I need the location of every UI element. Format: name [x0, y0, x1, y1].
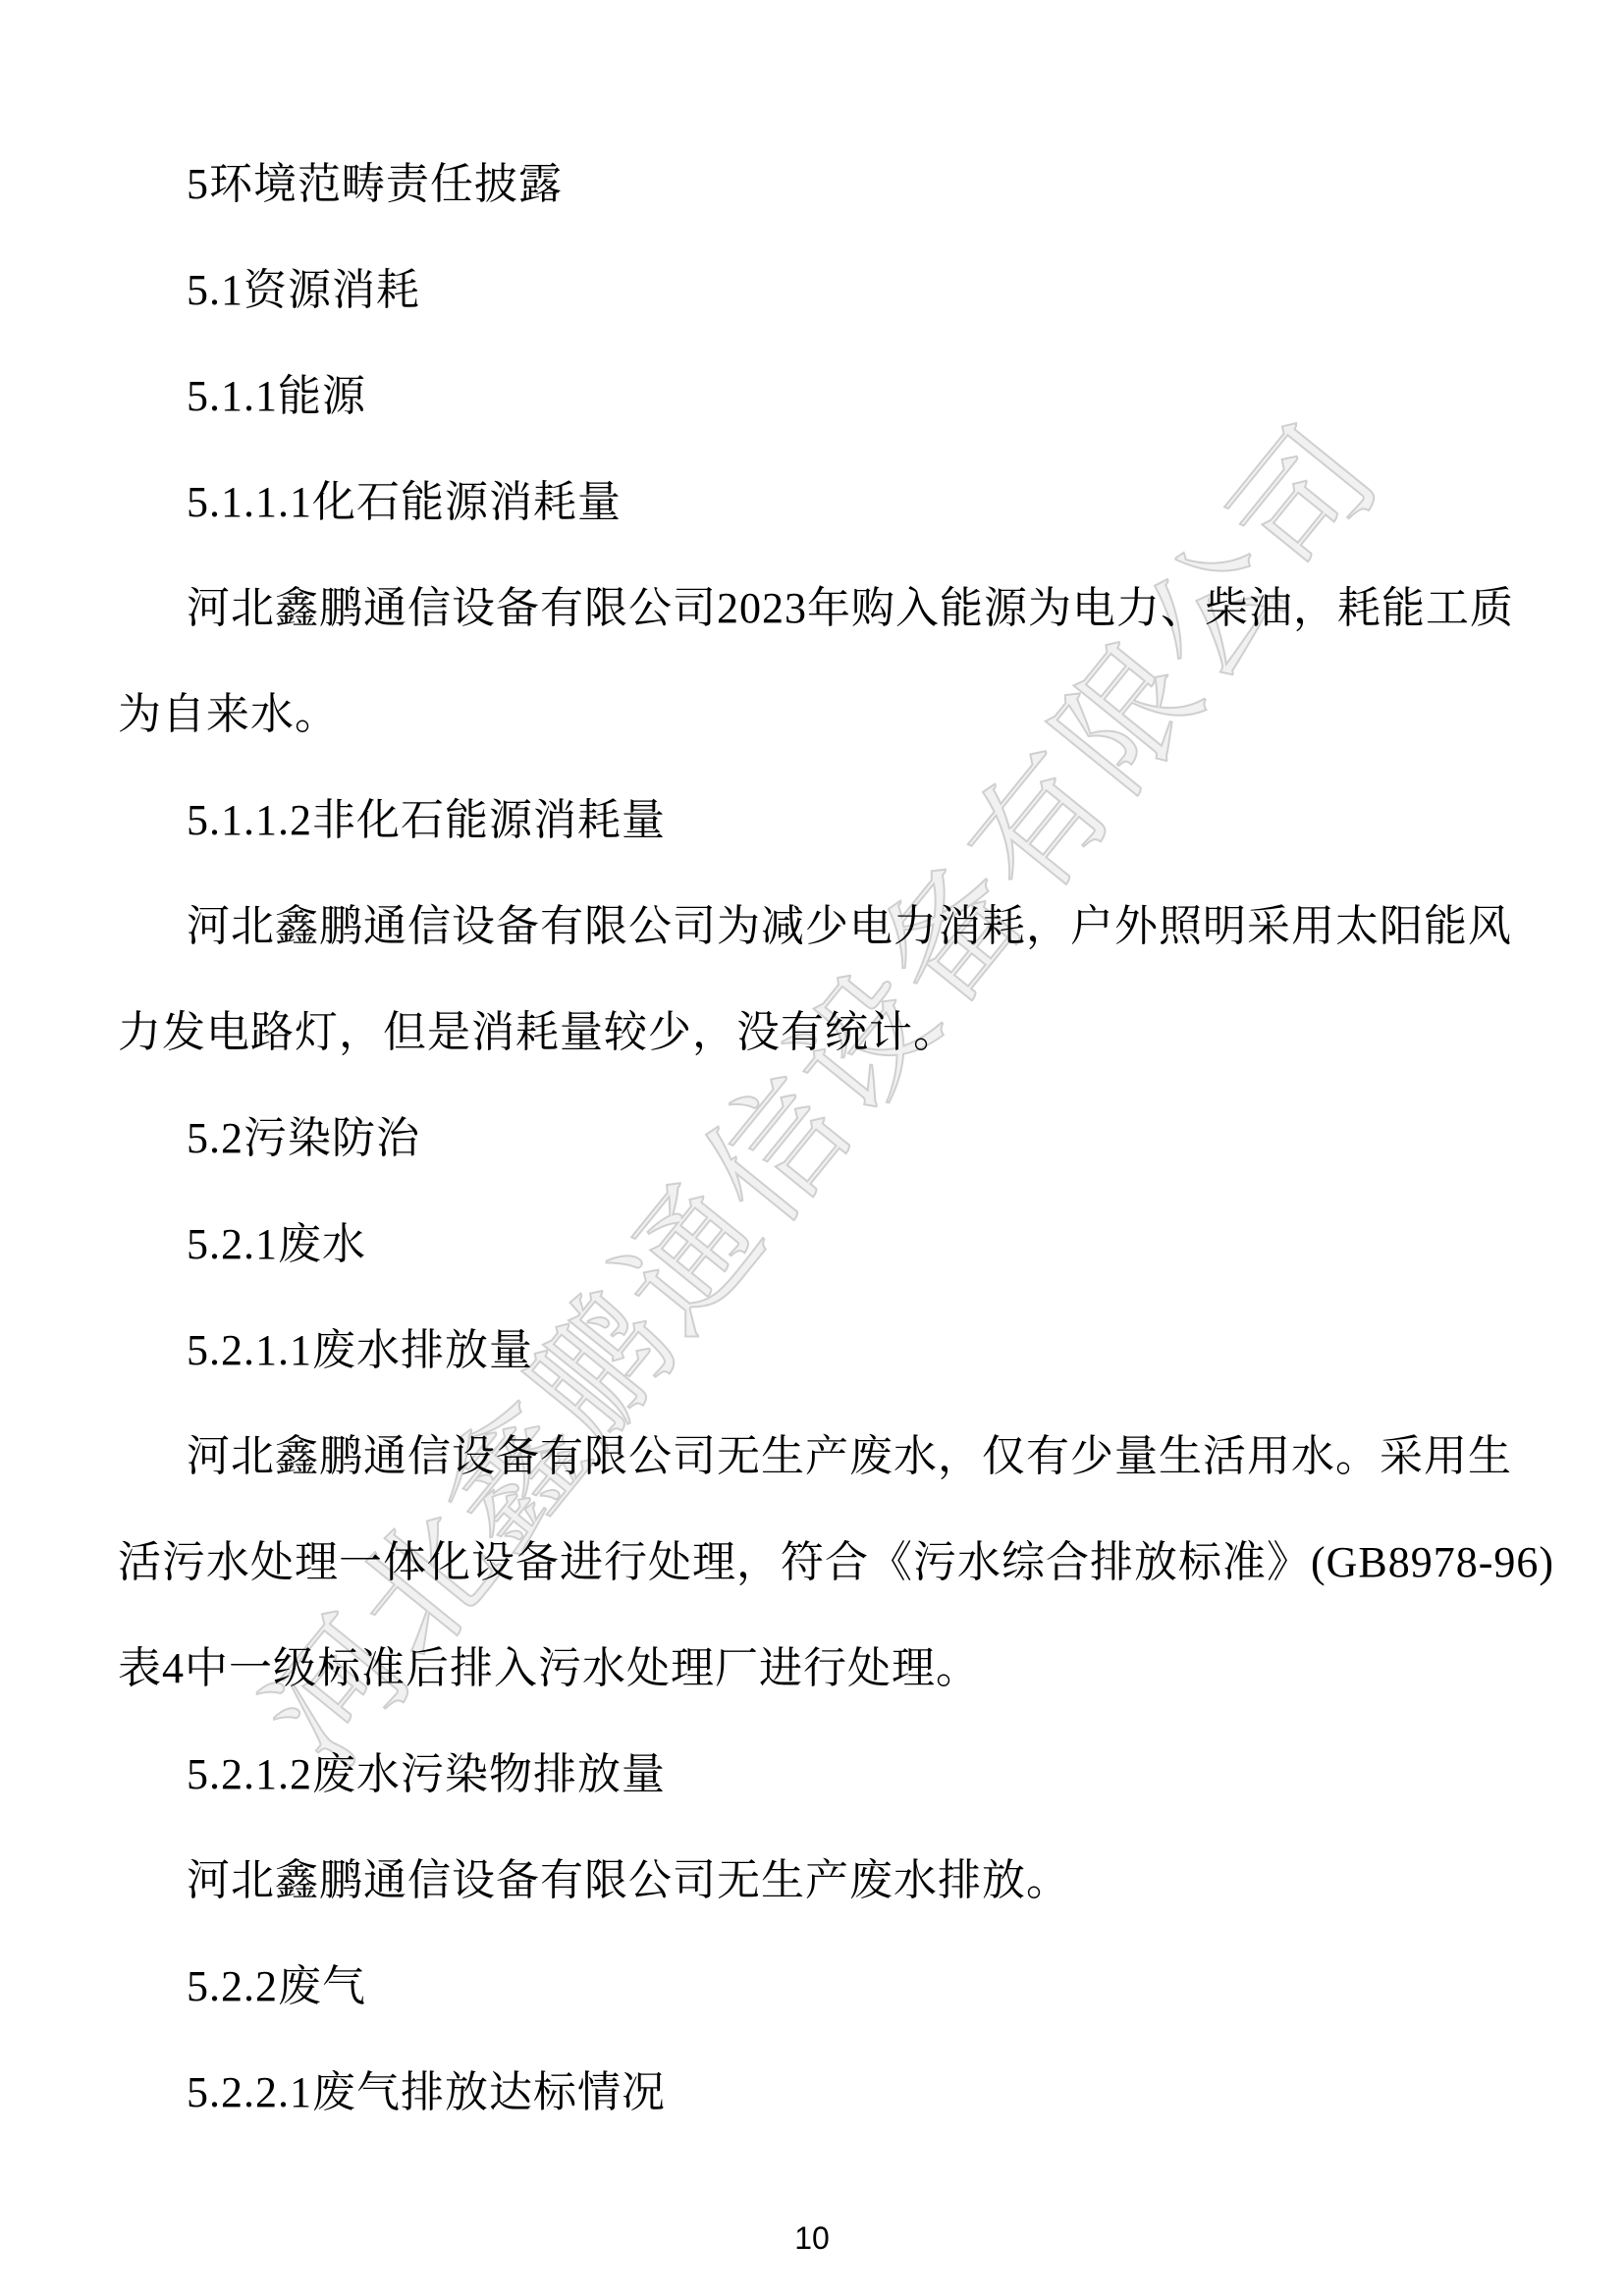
document-line: 力发电路灯，但是消耗量较少，没有统计。 — [118, 980, 1512, 1086]
document-line: 5.1资源消耗 — [118, 238, 1512, 344]
document-line: 河北鑫鹏通信设备有限公司无生产废水，仅有少量生活用水。采用生 — [118, 1404, 1512, 1510]
document-line: 5.2.2废气 — [118, 1934, 1512, 2040]
document-line: 表4中一级标准后排入污水处理厂进行处理。 — [118, 1616, 1512, 1722]
document-line: 河北鑫鹏通信设备有限公司为减少电力消耗，户外照明采用太阳能风 — [118, 874, 1512, 980]
document-line: 5.2.1废水 — [118, 1192, 1512, 1298]
document-body: 5环境范畴责任披露5.1资源消耗5.1.1能源5.1.1.1化石能源消耗量河北鑫… — [118, 132, 1512, 2146]
document-line: 5环境范畴责任披露 — [118, 132, 1512, 238]
document-line: 5.1.1.1化石能源消耗量 — [118, 450, 1512, 556]
document-line: 活污水处理一体化设备进行处理，符合《污水综合排放标准》(GB8978-96) — [118, 1510, 1512, 1616]
document-page: 河北鑫鹏通信设备有限公司 5环境范畴责任披露5.1资源消耗5.1.1能源5.1.… — [0, 0, 1624, 2296]
document-line: 5.1.1.2非化石能源消耗量 — [118, 768, 1512, 874]
document-line: 5.2.1.1废水排放量 — [118, 1298, 1512, 1404]
page-number: 10 — [794, 2220, 830, 2257]
document-line: 5.2污染防治 — [118, 1086, 1512, 1192]
document-line: 5.2.1.2废水污染物排放量 — [118, 1722, 1512, 1828]
page-footer: 10 — [0, 2220, 1624, 2257]
document-line: 5.2.2.1废气排放达标情况 — [118, 2040, 1512, 2146]
document-line: 河北鑫鹏通信设备有限公司无生产废水排放。 — [118, 1828, 1512, 1934]
document-line: 5.1.1能源 — [118, 344, 1512, 450]
document-line: 为自来水。 — [118, 662, 1512, 768]
document-line: 河北鑫鹏通信设备有限公司2023年购入能源为电力、柴油，耗能工质 — [118, 556, 1512, 662]
